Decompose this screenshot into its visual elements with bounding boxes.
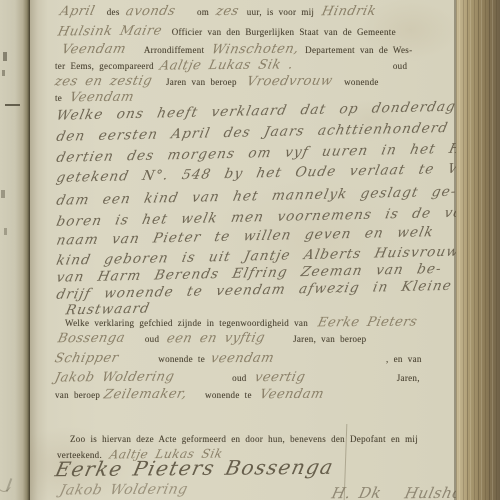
printed-text: Zoo is hiervan deze Acte geformeerd en d… — [70, 434, 418, 444]
printed-text: wonende te — [158, 354, 205, 364]
handwritten-text: veertig — [253, 370, 307, 385]
ink-mark — [5, 104, 20, 106]
handwritten-text: zes — [214, 4, 240, 19]
handwritten-text: H. Dk — [330, 484, 383, 500]
printed-text: oud — [145, 334, 159, 344]
handwritten-text: April — [58, 4, 96, 19]
printed-text: oud — [232, 373, 246, 383]
printed-text: om — [197, 7, 209, 17]
signature-witness1: Eerke Pieters Bossenga — [56, 456, 334, 480]
handwritten-text: Veendam — [68, 90, 135, 106]
printed-text: uur, is voor mij — [247, 7, 314, 17]
handwritten-text: Vroedvrouw — [245, 74, 334, 90]
line-witness1-residence: Schipperwonende teveendam, en van — [55, 349, 422, 367]
book-page-edges — [456, 0, 500, 500]
handwritten-text: veendam — [209, 351, 275, 367]
line-witness2-residence: van beroepZeilemaker,wonende teVeendam — [55, 385, 324, 403]
handwritten-text: Bossenga — [56, 331, 126, 347]
printed-text: Officier van den Burgerlijken Staat van … — [172, 27, 396, 37]
printed-text: te — [55, 93, 62, 103]
ink-mark — [3, 52, 7, 61]
handwritten-text: Hindrik — [321, 4, 378, 19]
line-witness1-age: Bossengaoudeen en vyftigJaren, van beroe… — [58, 329, 366, 347]
scanned-register-page: Aprildesavondsomzesuur, is voor mijHindr… — [0, 0, 500, 500]
handwritten-text: Veendam — [258, 387, 325, 403]
line-witness2-age: Jakob WolderingoudveertigJaren, — [55, 368, 420, 386]
printed-text: Jaren, — [397, 373, 420, 383]
handwritten-text: Veendam — [60, 42, 127, 58]
line-opening-date: Aprildesavondsomzesuur, is voor mijHindr… — [60, 2, 376, 20]
handwritten-text: Jakob Woldering — [53, 369, 176, 385]
ink-mark — [1, 190, 5, 198]
printed-text: Departement van de Wes- — [305, 45, 412, 55]
handwritten-text: Hulsink Maire — [56, 24, 163, 40]
handwritten-text: avonds — [124, 4, 177, 19]
printed-text: wonende — [344, 77, 379, 87]
handwritten-text: Zeilemaker, — [102, 387, 188, 403]
printed-text: Jaren van beroep — [166, 77, 237, 87]
printed-text: , en van — [386, 354, 422, 364]
printed-text: Arrondiffement — [144, 45, 205, 55]
handwritten-text: Eerke Pieters Bossenga — [53, 455, 336, 481]
ink-mark — [2, 70, 5, 76]
printed-text: ter Eems, gecompareerd — [55, 61, 154, 71]
printed-text: oud — [393, 61, 407, 71]
handwritten-text: Jakob Woldering — [58, 481, 189, 498]
printed-text: des — [107, 7, 120, 17]
ink-mark — [4, 228, 7, 235]
printed-text: Jaren, van beroep — [293, 334, 366, 344]
handwritten-text: Winschoten, — [211, 42, 301, 58]
signature-officiant: H. DkHulshoff — [332, 484, 474, 500]
signature-witness2: Jakob Woldering — [60, 481, 188, 499]
printed-text: Welke verklaring gefchied zijnde in tege… — [65, 318, 308, 328]
line-officiant: Hulsink MaireOfficier van den Burgerlijk… — [58, 22, 396, 40]
printed-text: van beroep — [55, 390, 100, 400]
printed-text: wonende te — [205, 390, 252, 400]
handwritten-text: een en vyftig — [166, 331, 267, 347]
handwritten-text: Schipper — [53, 351, 120, 367]
